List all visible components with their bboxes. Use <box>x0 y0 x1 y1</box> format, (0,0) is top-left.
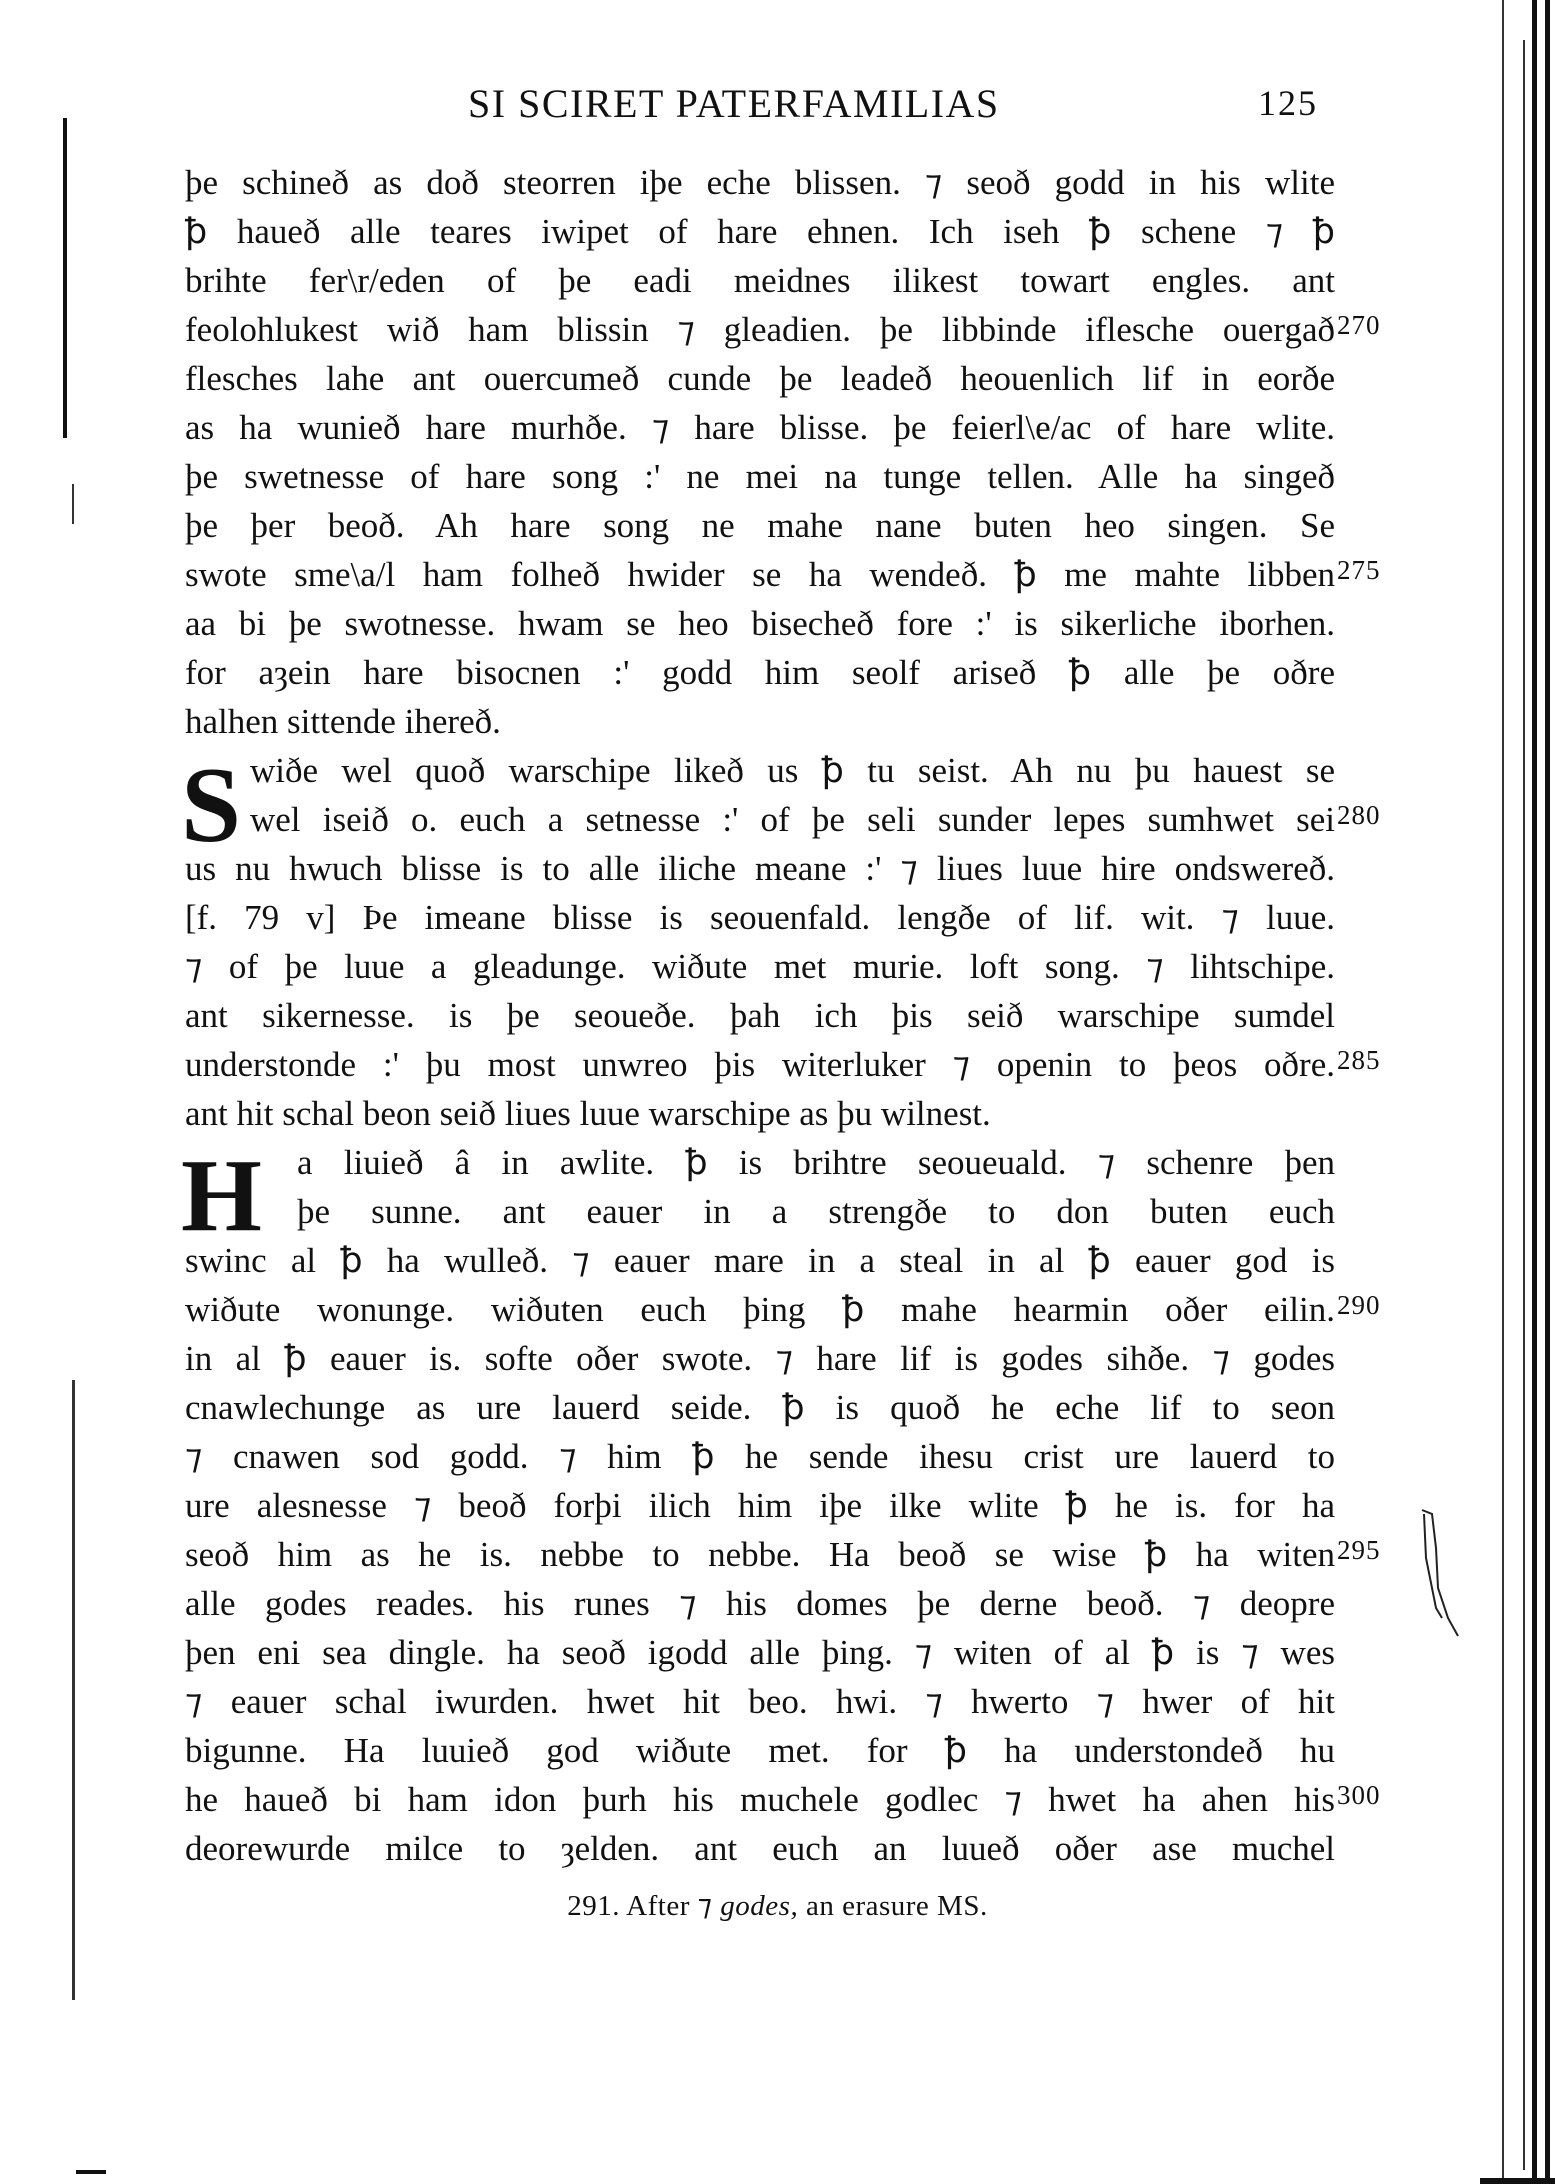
line-text: brihte fer\r/eden of þe eadi meidnes ili… <box>185 261 1335 300</box>
text-line: ant hit schal beon seið liues luue warsc… <box>185 1089 1335 1138</box>
line-text: aa bi þe swotnesse. hwam se heo bisecheð… <box>185 604 1335 643</box>
text-line: H a liuieð â in awlite. ꝥ is brihtre seo… <box>185 1138 1335 1187</box>
footnote-number: 291. <box>567 1890 620 1922</box>
text-line: ꝥ haueð alle teares iwipet of hare ehnen… <box>185 207 1335 256</box>
right-edge-line-4 <box>1545 0 1550 2184</box>
line-text: deorewurde milce to ȝelden. ant euch an … <box>185 1829 1335 1868</box>
line-text: swote sme\a/l ham folheð hwider se ha we… <box>185 555 1335 594</box>
text-line: ant sikernesse. is þe seoueðe. þah ich þ… <box>185 991 1335 1040</box>
line-text: ant hit schal beon seið liues luue warsc… <box>185 1094 991 1133</box>
text-line: us nu hwuch blisse is to alle iliche mea… <box>185 844 1335 893</box>
text-line: wel iseið o. euch a setnesse :' of þe se… <box>185 795 1335 844</box>
line-text: [f. 79 v] Þe imeane blisse is seouenfald… <box>185 898 1335 937</box>
text-line: he haueð bi ham idon þurh his muchele go… <box>185 1775 1335 1824</box>
line-text: understonde :' þu most unwreo þis witerl… <box>185 1045 1335 1084</box>
line-number: 270 <box>1337 301 1381 350</box>
text-line: swinc al ꝥ ha wulleð. ⁊ eauer mare in a … <box>185 1236 1335 1285</box>
text-line: þe sunne. ant eauer in a strengðe to don… <box>185 1187 1335 1236</box>
line-text: as ha wunieð hare murhðe. ⁊ hare blisse.… <box>185 408 1335 447</box>
text-line: ⁊ eauer schal iwurden. hwet hit beo. hwi… <box>185 1677 1335 1726</box>
line-text: cnawlechunge as ure lauerd seide. ꝥ is q… <box>185 1388 1335 1427</box>
text-line: ⁊ cnawen sod godd. ⁊ him ꝥ he sende ihes… <box>185 1432 1335 1481</box>
line-text: þe swetnesse of hare song :' ne mei na t… <box>185 457 1335 496</box>
text-line: wiðute wonunge. wiðuten euch þing ꝥ mahe… <box>185 1285 1335 1334</box>
line-text: þe sunne. ant eauer in a strengðe to don… <box>297 1192 1335 1231</box>
text-line: for aȝein hare bisocnen :' godd him seol… <box>185 648 1335 697</box>
line-number: 290 <box>1337 1281 1381 1330</box>
right-edge-line-1 <box>1502 0 1504 2184</box>
bottom-edge-line <box>1480 2178 1555 2184</box>
line-number: 295 <box>1337 1526 1381 1575</box>
line-text: wiðute wonunge. wiðuten euch þing ꝥ mahe… <box>185 1290 1335 1329</box>
running-head: SI SCIRET PATERFAMILIAS 125 <box>0 80 1555 130</box>
line-number: 280 <box>1337 791 1381 840</box>
line-text: halhen sittende ihereð. <box>185 702 501 741</box>
text-line: ⁊ of þe luue a gleadunge. wiðute met mur… <box>185 942 1335 991</box>
text-line: aa bi þe swotnesse. hwam se heo bisecheð… <box>185 599 1335 648</box>
text-line: bigunne. Ha luuieð god wiðute met. for ꝥ… <box>185 1726 1335 1775</box>
line-text: bigunne. Ha luuieð god wiðute met. for ꝥ… <box>185 1731 1335 1770</box>
text-line: alle godes reades. his runes ⁊ his domes… <box>185 1579 1335 1628</box>
text-line: þe þer beoð. Ah hare song ne mahe nane b… <box>185 501 1335 550</box>
line-text: þen eni sea dingle. ha seoð igodd alle þ… <box>185 1633 1335 1672</box>
line-text: in al ꝥ eauer is. softe oðer swote. ⁊ ha… <box>185 1339 1335 1378</box>
text-line: þe schineð as doð steorren iþe eche blis… <box>185 158 1335 207</box>
footnote-text-pre: After ⁊ <box>626 1890 712 1922</box>
line-text: flesches lahe ant ouercumeð cunde þe lea… <box>185 359 1335 398</box>
pencil-bracket-mark <box>1420 1508 1460 1658</box>
text-line: flesches lahe ant ouercumeð cunde þe lea… <box>185 354 1335 403</box>
line-text: us nu hwuch blisse is to alle iliche mea… <box>185 849 1335 888</box>
text-line: þen eni sea dingle. ha seoð igodd alle þ… <box>185 1628 1335 1677</box>
text-line: S wiðe wel quoð warschipe likeð us ꝥ tu … <box>185 746 1335 795</box>
footnote: 291. After ⁊ godes, an erasure MS. <box>0 1888 1555 1923</box>
footnote-italic: godes, <box>720 1890 798 1922</box>
line-text: wiðe wel quoð warschipe likeð us ꝥ tu se… <box>250 751 1335 790</box>
line-text: wel iseið o. euch a setnesse :' of þe se… <box>250 800 1335 839</box>
right-edge-line-3 <box>1532 0 1537 2184</box>
body-text: þe schineð as doð steorren iþe eche blis… <box>185 158 1335 1873</box>
page-number: 125 <box>1258 82 1318 124</box>
left-margin-line <box>63 118 67 438</box>
line-text: ⁊ cnawen sod godd. ⁊ him ꝥ he sende ihes… <box>185 1437 1335 1476</box>
line-text: a liuieð â in awlite. ꝥ is brihtre seoue… <box>297 1143 1335 1182</box>
text-line: þe swetnesse of hare song :' ne mei na t… <box>185 452 1335 501</box>
bottom-left-corner <box>76 2170 106 2174</box>
right-edge-line-2 <box>1523 40 1525 2170</box>
line-text: swinc al ꝥ ha wulleð. ⁊ eauer mare in a … <box>185 1241 1335 1280</box>
text-line: [f. 79 v] Þe imeane blisse is seouenfald… <box>185 893 1335 942</box>
text-line: in al ꝥ eauer is. softe oðer swote. ⁊ ha… <box>185 1334 1335 1383</box>
text-line: deorewurde milce to ȝelden. ant euch an … <box>185 1824 1335 1873</box>
line-text: ant sikernesse. is þe seoueðe. þah ich þ… <box>185 996 1335 1035</box>
text-line: halhen sittende ihereð. <box>185 697 1335 746</box>
text-line: understonde :' þu most unwreo þis witerl… <box>185 1040 1335 1089</box>
text-line: brihte fer\r/eden of þe eadi meidnes ili… <box>185 256 1335 305</box>
text-line: swote sme\a/l ham folheð hwider se ha we… <box>185 550 1335 599</box>
book-page: SI SCIRET PATERFAMILIAS 125 þe schineð a… <box>0 0 1555 2184</box>
text-line: cnawlechunge as ure lauerd seide. ꝥ is q… <box>185 1383 1335 1432</box>
line-text: þe þer beoð. Ah hare song ne mahe nane b… <box>185 506 1335 545</box>
running-title: SI SCIRET PATERFAMILIAS <box>468 80 1000 127</box>
left-margin-line-fragment <box>72 484 74 524</box>
line-text: he haueð bi ham idon þurh his muchele go… <box>185 1780 1335 1819</box>
text-line: as ha wunieð hare murhðe. ⁊ hare blisse.… <box>185 403 1335 452</box>
line-number: 300 <box>1337 1771 1381 1820</box>
text-line: seoð him as he is. nebbe to nebbe. Ha be… <box>185 1530 1335 1579</box>
line-number: 275 <box>1337 546 1381 595</box>
line-number: 285 <box>1337 1036 1381 1085</box>
line-text: ꝥ haueð alle teares iwipet of hare ehnen… <box>185 212 1335 251</box>
footnote-text-post: an erasure MS. <box>806 1890 988 1922</box>
line-text: seoð him as he is. nebbe to nebbe. Ha be… <box>185 1535 1335 1574</box>
line-text: þe schineð as doð steorren iþe eche blis… <box>185 163 1335 202</box>
line-text: feolohlukest wið ham blissin ⁊ gleadien.… <box>185 310 1335 349</box>
line-text: ⁊ of þe luue a gleadunge. wiðute met mur… <box>185 947 1335 986</box>
line-text: alle godes reades. his runes ⁊ his domes… <box>185 1584 1335 1623</box>
line-text: ure alesnesse ⁊ beoð forþi ilich him iþe… <box>185 1486 1335 1525</box>
line-text: ⁊ eauer schal iwurden. hwet hit beo. hwi… <box>185 1682 1335 1721</box>
text-line: ure alesnesse ⁊ beoð forþi ilich him iþe… <box>185 1481 1335 1530</box>
text-line: feolohlukest wið ham blissin ⁊ gleadien.… <box>185 305 1335 354</box>
line-text: for aȝein hare bisocnen :' godd him seol… <box>185 653 1335 692</box>
